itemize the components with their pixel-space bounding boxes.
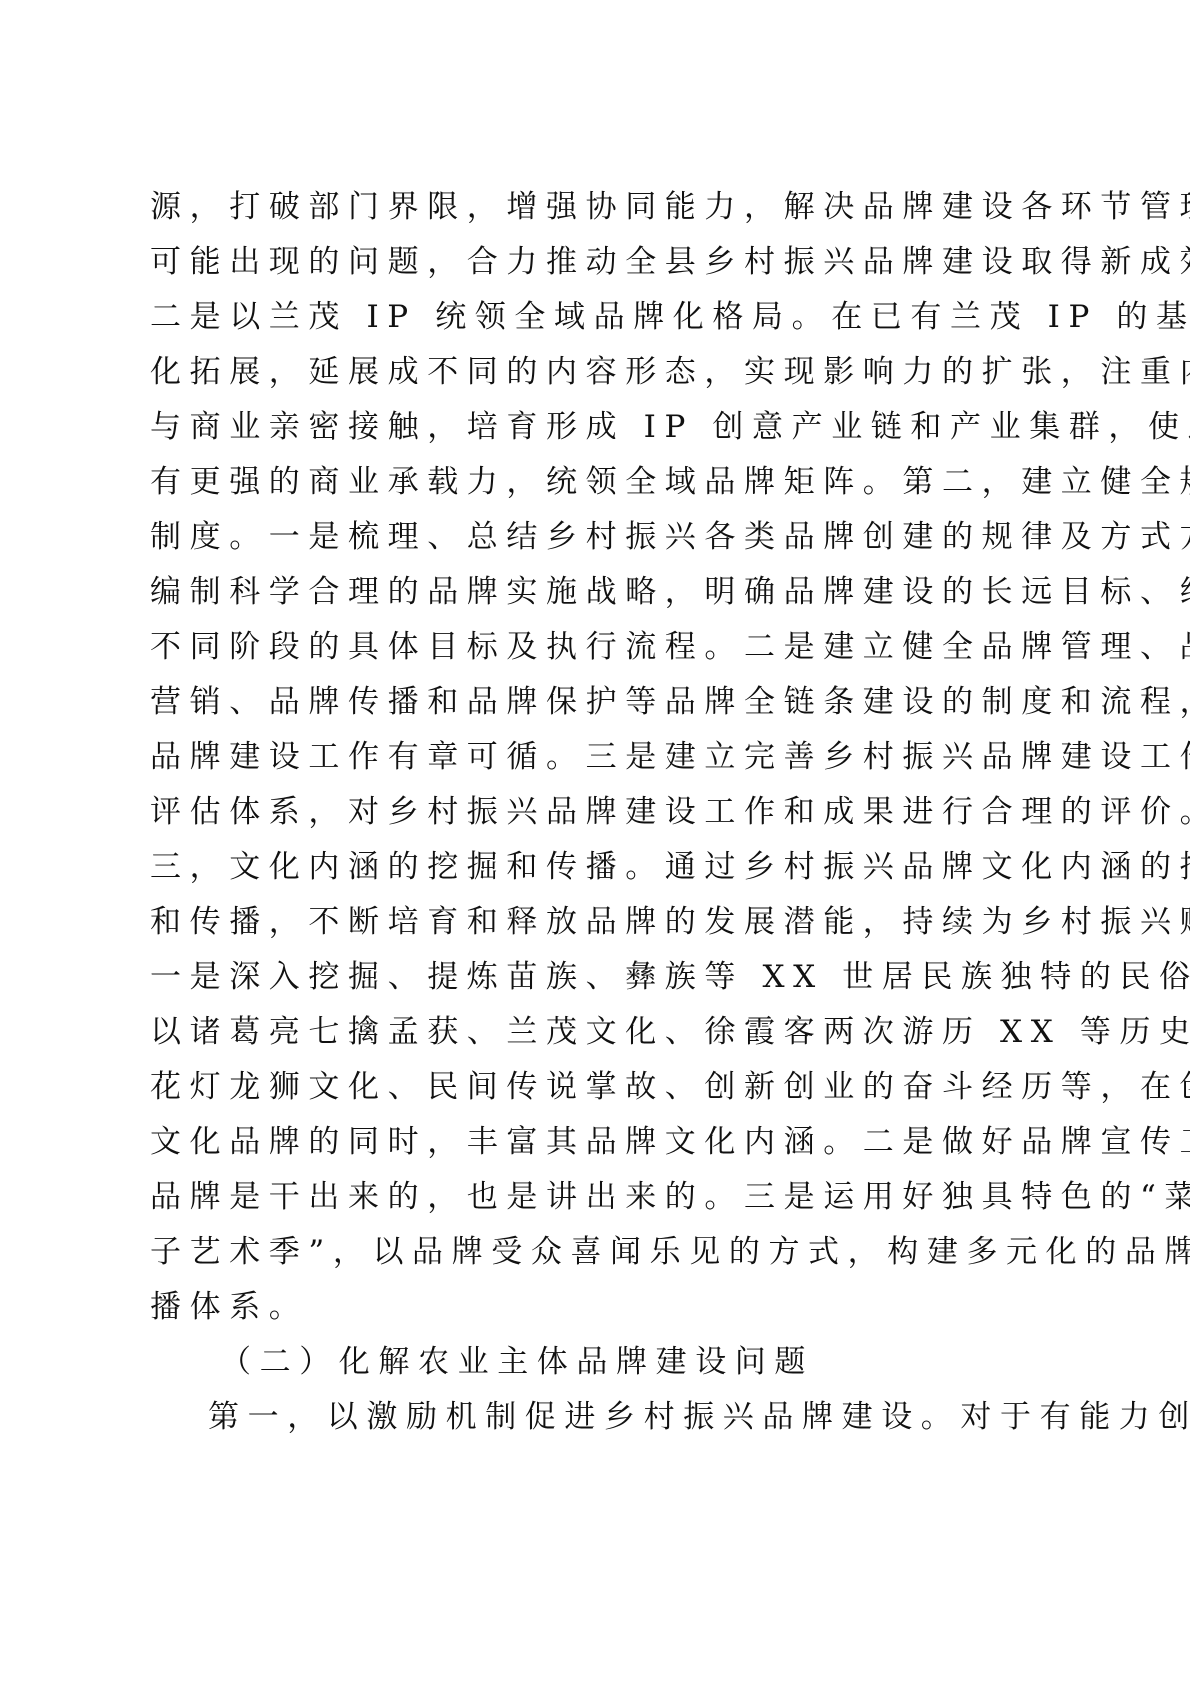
body-line: 文化品牌的同时，丰富其品牌文化内涵。二是做好品牌宣传工作。 <box>150 1115 1040 1170</box>
body-line: 编制科学合理的品牌实施战略，明确品牌建设的长远目标、细化 <box>150 565 1040 620</box>
body-line: 评估体系，对乡村振兴品牌建设工作和成果进行合理的评价。第 <box>150 785 1040 840</box>
document-page: 源，打破部门界限，增强协同能力，解决品牌建设各环节管理中 可能出现的问题，合力推… <box>0 0 1190 1683</box>
body-line: 品牌是干出来的，也是讲出来的。三是运用好独具特色的“菜篮 <box>150 1170 1040 1225</box>
paragraph-first-line: 第一，以激励机制促进乡村振兴品牌建设。对于有能力创建 <box>150 1390 1040 1445</box>
body-line: 花灯龙狮文化、民间传说掌故、创新创业的奋斗经历等，在创建 <box>150 1060 1040 1115</box>
body-line: 有更强的商业承载力，统领全域品牌矩阵。第二，建立健全规章 <box>150 455 1040 510</box>
body-line: 一是深入挖掘、提炼苗族、彝族等 XX 世居民族独特的民俗风情， <box>150 950 1040 1005</box>
body-line: 不同阶段的具体目标及执行流程。二是建立健全品牌管理、品牌 <box>150 620 1040 675</box>
body-line: 品牌建设工作有章可循。三是建立完善乡村振兴品牌建设工作的 <box>150 730 1040 785</box>
body-line: 与商业亲密接触，培育形成 IP 创意产业链和产业集群，使之具 <box>150 400 1040 455</box>
body-line: 子艺术季”，以品牌受众喜闻乐见的方式，构建多元化的品牌传 <box>150 1225 1040 1280</box>
document-body: 源，打破部门界限，增强协同能力，解决品牌建设各环节管理中 可能出现的问题，合力推… <box>150 180 1040 1445</box>
body-line: 制度。一是梳理、总结乡村振兴各类品牌创建的规律及方式方法， <box>150 510 1040 565</box>
body-line: 和传播，不断培育和释放品牌的发展潜能，持续为乡村振兴赋能。 <box>150 895 1040 950</box>
section-heading: （二）化解农业主体品牌建设问题 <box>150 1335 1040 1390</box>
body-line: 营销、品牌传播和品牌保护等品牌全链条建设的制度和流程，使 <box>150 675 1040 730</box>
body-line: 播体系。 <box>150 1280 1040 1335</box>
body-line: 二是以兰茂 IP 统领全域品牌化格局。在已有兰茂 IP 的基础上深 <box>150 290 1040 345</box>
body-line: 三，文化内涵的挖掘和传播。通过乡村振兴品牌文化内涵的挖掘 <box>150 840 1040 895</box>
body-line: 化拓展，延展成不同的内容形态，实现影响力的扩张，注重内容 <box>150 345 1040 400</box>
body-line: 源，打破部门界限，增强协同能力，解决品牌建设各环节管理中 <box>150 180 1040 235</box>
body-line: 以诸葛亮七擒孟获、兰茂文化、徐霞客两次游历 XX 等历史文化， <box>150 1005 1040 1060</box>
body-line: 可能出现的问题，合力推动全县乡村振兴品牌建设取得新成效。 <box>150 235 1040 290</box>
